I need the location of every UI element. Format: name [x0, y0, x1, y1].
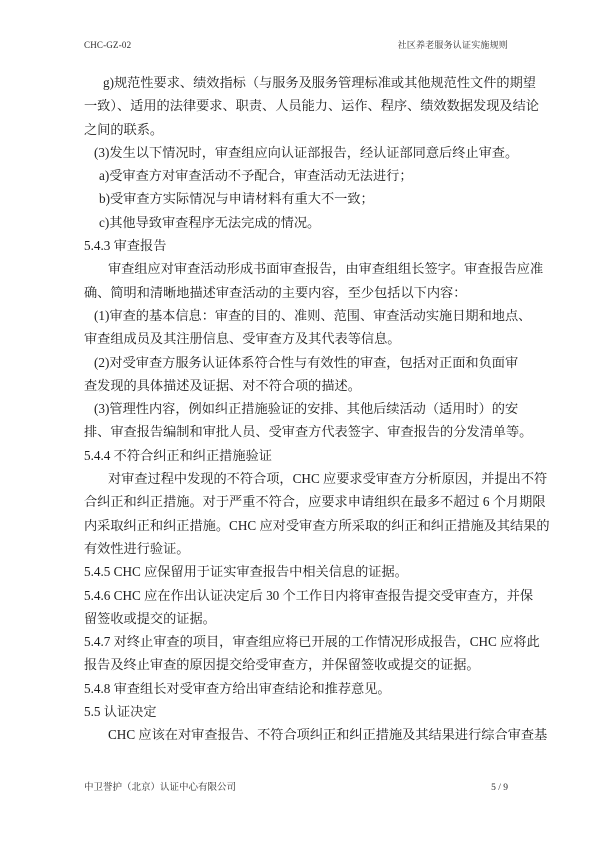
text-line: 5.4.7 对终止审查的项目，审查组应将已开展的工作情况形成报告，CHC 应将此 [84, 630, 512, 653]
text-line: 留签收或提交的证据。 [84, 607, 512, 630]
text-line: 5.5 认证决定 [84, 700, 512, 723]
text-line: 审查组成员及其注册信息、受审查方及其代表等信息。 [84, 327, 512, 350]
text-line: (3)管理性内容，例如纠正措施验证的安排、其他后续活动（适用时）的安 [84, 397, 512, 420]
document-body: g)规范性要求、绩效指标（与服务及服务管理标准或其他规范性文件的期望一致）、适用… [84, 71, 512, 747]
doc-code: CHC-GZ-02 [84, 40, 131, 50]
text-line: (3)发生以下情况时，审查组应向认证部报告，经认证部同意后终止审查。 [84, 141, 512, 164]
doc-title: 社区养老服务认证实施规则 [398, 38, 508, 51]
text-line: 5.4.4 不符合纠正和纠正措施验证 [84, 444, 512, 467]
text-line: b)受审查方实际情况与申请材料有重大不一致； [84, 187, 512, 210]
text-line: CHC 应该在对审查报告、不符合项纠正和纠正措施及其结果进行综合审查基 [84, 723, 512, 746]
page-header: CHC-GZ-02 社区养老服务认证实施规则 [84, 38, 508, 51]
text-line: 有效性进行验证。 [84, 537, 512, 560]
text-line: 5.4.6 CHC 应在作出认证决定后 30 个工作日内将审查报告提交受审查方，… [84, 584, 512, 607]
text-line: (2)对受审查方服务认证体系符合性与有效性的审查，包括对正面和负面审 [84, 351, 512, 374]
text-line: 合纠正和纠正措施。对于严重不符合，应要求申请组织在最多不超过 6 个月期限 [84, 490, 512, 513]
footer-page-number: 5 / 9 [491, 783, 508, 793]
text-line: 排、审查报告编制和审批人员、受审查方代表签字、审查报告的分发清单等。 [84, 420, 512, 443]
text-line: g)规范性要求、绩效指标（与服务及服务管理标准或其他规范性文件的期望 [84, 71, 512, 94]
text-line: 内采取纠正和纠正措施。CHC 应对受审查方所采取的纠正和纠正措施及其结果的 [84, 514, 512, 537]
text-line: c)其他导致审查程序无法完成的情况。 [84, 211, 512, 234]
text-line: 对审查过程中发现的不符合项，CHC 应要求受审查方分析原因，并提出不符 [84, 467, 512, 490]
text-line: 确、简明和清晰地描述审查活动的主要内容，至少包括以下内容： [84, 281, 512, 304]
text-line: 一致）、适用的法律要求、职责、人员能力、运作、程序、绩效数据发现及结论 [84, 94, 512, 117]
page-footer: 中卫誉护（北京）认证中心有限公司 5 / 9 [84, 779, 508, 793]
text-line: 5.4.8 审查组长对受审查方给出审查结论和推荐意见。 [84, 677, 512, 700]
document-page: CHC-GZ-02 社区养老服务认证实施规则 g)规范性要求、绩效指标（与服务及… [0, 0, 595, 842]
text-line: 5.4.3 审查报告 [84, 234, 512, 257]
text-line: (1)审查的基本信息：审查的目的、准则、范围、审查活动实施日期和地点、 [84, 304, 512, 327]
text-line: 之间的联系。 [84, 118, 512, 141]
text-line: 报告及终止审查的原因提交给受审查方，并保留签收或提交的证据。 [84, 653, 512, 676]
text-line: 5.4.5 CHC 应保留用于证实审查报告中相关信息的证据。 [84, 560, 512, 583]
text-line: a)受审查方对审查活动不予配合，审查活动无法进行； [84, 164, 512, 187]
footer-company-name: 中卫誉护（北京）认证中心有限公司 [84, 779, 236, 793]
text-line: 查发现的具体描述及证据、对不符合项的描述。 [84, 374, 512, 397]
text-line: 审查组应对审查活动形成书面审查报告，由审查组组长签字。审查报告应准 [84, 257, 512, 280]
